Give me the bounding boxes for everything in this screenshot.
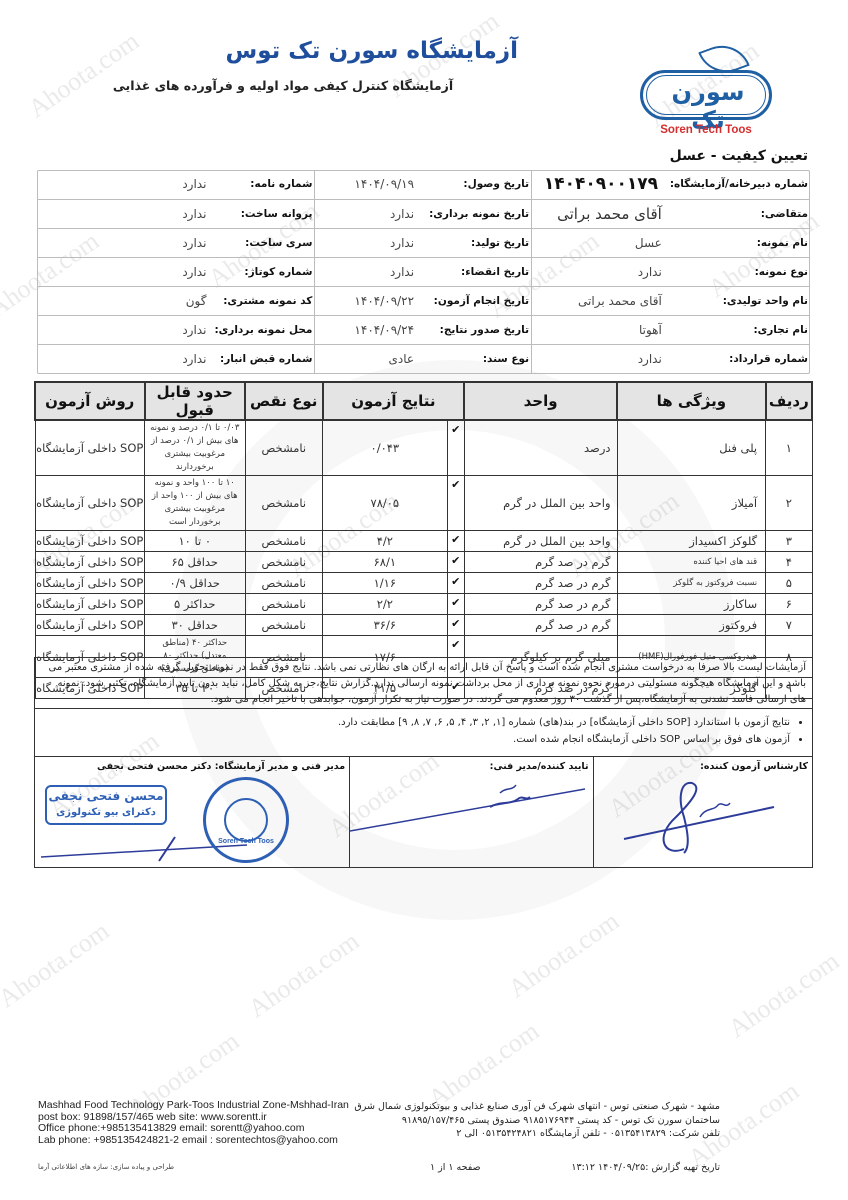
conformity-notes: نتایج آزمون با استاندارد [SOP داخلی آزما… [34,709,813,757]
signature-block: کارشناس آزمون کننده: تایید کننده/مدیر فن… [34,757,813,868]
customer-code-label: کد نمونه مشتری: [214,286,314,315]
watermark-text: Ahoota.com [503,906,625,1004]
stamp-name: محسن فتحی نجفی [47,787,165,805]
acceptable-limit: حداقل ۶۵ [145,552,245,573]
row-number: ۵ [766,573,812,594]
unit: گرم در صد گرم [464,615,617,636]
doc-type-label: نوع سند: [422,344,531,373]
lab-subtitle: آزمایشگاه کنترل کیفی مواد اولیه و فرآورد… [3,78,563,93]
check-icon: ✔ [447,573,464,594]
test-date-label: تاریخ انجام آزمون: [422,286,531,315]
manager-label: مدیر فنی و مدیر آزمایشگاه: دکتر محسن فتح… [97,761,345,772]
expiry-date-label: تاریخ انقضاء: [422,257,531,286]
contract: ندارد [532,344,670,373]
info-row: شماره قرارداد: ندارد نوع سند: عادی شماره… [37,344,810,373]
footer-fa-line: مشهد - شهرک صنعتی توس - انتهای شهرک فن آ… [340,1100,720,1114]
acceptable-limit: حداکثر ۵ [145,594,245,615]
contract-label: شماره قرارداد: [670,344,810,373]
check-icon: ✔ [447,594,464,615]
unit: گرم در صد گرم [464,552,617,573]
watermark-text: Ahoota.com [723,946,845,1044]
unit: گرم در صد گرم [464,573,617,594]
check-icon: ✔ [447,531,464,552]
header-defect: نوع نقص [245,382,323,420]
sample-info-table: شماره دبیرخانه/آزمایشگاه: ۱۴۰۴۰۹۰۰۱۷۹ تا… [37,170,810,373]
header-row-no: ردیف [766,382,812,420]
receipt-date: ۱۴۰۴/۰۹/۱۹ [315,170,422,199]
approver-signature-cell: تایید کننده/مدیر فنی: [349,757,592,867]
footer-persian-address: مشهد - شهرک صنعتی توس - انتهای شهرک فن آ… [340,1100,720,1141]
defect-type: نامشخص [245,573,323,594]
production-date: ندارد [315,228,422,257]
table-row: ۱ پلی فنل درصد ✔ ۰/۰۴۳ نامشخص ۰/۰۳ تا ۰/… [35,420,812,476]
footer-address-line: Mashhad Food Technology Park-Toos Indust… [38,1100,349,1112]
unit: گرم در صد گرم [464,594,617,615]
producer: آقای محمد براتی [532,286,670,315]
logo-caption: Soren Tech Toos [632,124,780,136]
property: آمیلاز [617,476,766,531]
seal-text: Soren Tech Toos [210,838,282,845]
info-row: نام تجاری: آهوتا تاریخ صدور نتایج: ۱۴۰۴/… [37,315,810,344]
result: ۲/۲ [323,594,448,615]
acceptable-limit: حداقل ۰/۹ [145,573,245,594]
footer-fa-line: تلفن شرکت: ۰۵۱۳۵۴۱۳۸۲۹ - تلفن آزمایشگاه … [340,1127,720,1141]
issue-date: ۱۴۰۴/۰۹/۲۴ [315,315,422,344]
table-row: ۴ قند های احیا کننده گرم در صد گرم ✔ ۶۸/… [35,552,812,573]
receipt-date-label: تاریخ وصول: [422,170,531,199]
info-row: نام نمونه: عسل تاریخ تولید: ندارد سری سا… [37,228,810,257]
info-row: متقاضی: آقای محمد براتی تاریخ نمونه بردا… [37,199,810,228]
unit: واحد بین الملل در گرم [464,531,617,552]
seal-leaf-icon [224,798,268,842]
approver-signature-icon [350,779,590,839]
sampling-date-label: تاریخ نمونه برداری: [422,199,531,228]
applicant-label: متقاضی: [670,199,810,228]
test-method: SOP داخلی آزمایشگاه [35,594,145,615]
batch: ندارد [37,228,214,257]
check-icon: ✔ [447,420,464,476]
manager-signature-cell: مدیر فنی و مدیر آزمایشگاه: دکتر محسن فتح… [35,757,349,867]
property: پلی فنل [617,420,766,476]
lab-number: ۱۴۰۴۰۹۰۰۱۷۹ [532,170,670,199]
info-row: شماره دبیرخانه/آزمایشگاه: ۱۴۰۴۰۹۰۰۱۷۹ تا… [37,170,810,199]
table-row: ۵ نسبت فروکتوز به گلوکز گرم در صد گرم ✔ … [35,573,812,594]
watermark-text: Ahoota.com [243,926,365,1024]
table-row: ۷ فروکتوز گرم در صد گرم ✔ ۳۶/۶ نامشخص حد… [35,615,812,636]
sampling-date: ندارد [315,199,422,228]
row-number: ۶ [766,594,812,615]
batch-label: سری ساخت: [214,228,314,257]
acceptable-limit: حداقل ۳۰ [145,615,245,636]
report-date: تاریخ تهیه گزارش :۱۴۰۴/۰۹/۲۵ ۱۳:۱۲ [571,1162,720,1173]
cotage: ندارد [37,257,214,286]
test-method: SOP داخلی آزمایشگاه [35,615,145,636]
property: فروکتوز [617,615,766,636]
test-method: SOP داخلی آزمایشگاه [35,476,145,531]
tester-signature-icon [614,777,804,862]
producer-label: نام واحد تولیدی: [670,286,810,315]
production-date-label: تاریخ تولید: [422,228,531,257]
brand-label: نام تجاری: [670,315,810,344]
result: ۴/۲ [323,531,448,552]
brand: آهوتا [532,315,670,344]
row-number: ۱ [766,420,812,476]
defect-type: نامشخص [245,594,323,615]
footer-english-address: Mashhad Food Technology Park-Toos Indust… [38,1100,349,1146]
check-icon: ✔ [447,476,464,531]
table-row: ۳ گلوکز اکسیداز واحد بین الملل در گرم ✔ … [35,531,812,552]
expiry-date: ندارد [315,257,422,286]
footer-credit: طراحی و پیاده سازی: سازه های اطلاعاتی آر… [38,1163,174,1171]
footer-fa-line: ساختمان سورن تک توس - کد پستی ۹۱۸۵۱۷۶۹۴۴… [340,1114,720,1128]
row-number: ۲ [766,476,812,531]
unit: واحد بین الملل در گرم [464,476,617,531]
info-row: نام واحد تولیدی: آقای محمد براتی تاریخ ا… [37,286,810,315]
test-method: SOP داخلی آزمایشگاه [35,573,145,594]
defect-type: نامشخص [245,552,323,573]
header-property: ویژگی ها [617,382,766,420]
warehouse: ندارد [37,344,214,373]
watermark-text: Ahoota.com [0,916,115,1014]
customer-code: گون [37,286,214,315]
check-icon: ✔ [447,615,464,636]
result: ۶۸/۱ [323,552,448,573]
lab-title: آزمایشگاه سورن تک توس [98,38,518,64]
stamp-title: دکترای بیو تکنولوژی [47,805,165,821]
issue-date-label: تاریخ صدور نتایج: [422,315,531,344]
header-result: نتایج آزمون [323,382,465,420]
sample-name-label: نام نمونه: [670,228,810,257]
lab-seal-stamp: Soren Tech Toos [203,777,289,863]
result: ۳۶/۶ [323,615,448,636]
warehouse-label: شماره قبض انبار: [214,344,314,373]
sample-name: عسل [532,228,670,257]
results-header-row: ردیف ویژگی ها واحد نتایج آزمون نوع نقص ح… [35,382,812,420]
property: ساکارز [617,594,766,615]
footer-office-line: Office phone:+985135413829 email: sorent… [38,1123,349,1135]
sample-type-label: نوع نمونه: [670,257,810,286]
acceptable-limit: ۰ تا ۱۰ [145,531,245,552]
info-row: نوع نمونه: ندارد تاریخ انقضاء: ندارد شما… [37,257,810,286]
test-method: SOP داخلی آزمایشگاه [35,420,145,476]
tester-label: کارشناس آزمون کننده: [700,761,808,772]
unit: درصد [464,420,617,476]
row-number: ۷ [766,615,812,636]
table-row: ۶ ساکارز گرم در صد گرم ✔ ۲/۲ نامشخص حداک… [35,594,812,615]
lab-logo: سورن تک Soren Tech Toos [632,44,780,140]
tester-signature-cell: کارشناس آزمون کننده: [593,757,812,867]
page-number: صفحه ۱ از ۱ [430,1162,481,1173]
test-method: SOP داخلی آزمایشگاه [35,531,145,552]
cotage-label: شماره کوتاژ: [214,257,314,286]
defect-type: نامشخص [245,615,323,636]
name-stamp: محسن فتحی نجفی دکترای بیو تکنولوژی [45,785,167,825]
property: گلوکز اکسیداز [617,531,766,552]
disclaimer-note: آزمایشات لیست بالا صرفا به درخواست مشتری… [34,657,813,709]
row-number: ۳ [766,531,812,552]
document-title: تعیین کیفیت - عسل [670,148,808,164]
doc-type: عادی [315,344,422,373]
test-date: ۱۴۰۴/۰۹/۲۲ [315,286,422,315]
defect-type: نامشخص [245,531,323,552]
result: ۱/۱۶ [323,573,448,594]
letter-no: ندارد [37,170,214,199]
property: نسبت فروکتوز به گلوکز [617,573,766,594]
header-limit: حدود قابل قبول [145,382,245,420]
lab-number-label: شماره دبیرخانه/آزمایشگاه: [670,170,810,199]
applicant: آقای محمد براتی [532,199,670,228]
conformity-statement: نتایج آزمون با استاندارد [SOP داخلی آزما… [57,714,790,731]
sampling-place: ندارد [37,315,214,344]
acceptable-limit: ۰/۰۳ تا ۰/۱ درصد و نمونه های بیش از ۰/۱ … [145,420,245,476]
check-icon: ✔ [447,552,464,573]
license-label: پروانه ساخت: [214,199,314,228]
property: قند های احیا کننده [617,552,766,573]
sampling-place-label: محل نمونه برداری: [214,315,314,344]
header-method: روش آزمون [35,382,145,420]
footer-lab-line: Lab phone: +985135424821-2 email : soren… [38,1135,349,1147]
sample-type: ندارد [532,257,670,286]
acceptable-limit: ۱۰ تا ۱۰۰ واحد و نمونه های بیش از ۱۰۰ وا… [145,476,245,531]
letter-no-label: شماره نامه: [214,170,314,199]
approver-label: تایید کننده/مدیر فنی: [490,761,589,772]
method-statement: آزمون های فوق بر اساس SOP داخلی آزمایشگا… [57,731,790,748]
test-method: SOP داخلی آزمایشگاه [35,552,145,573]
letterhead: آزمایشگاه سورن تک توس آزمایشگاه کنترل کی… [0,30,848,140]
result: ۷۸/۰۵ [323,476,448,531]
results-table: ردیف ویژگی ها واحد نتایج آزمون نوع نقص ح… [34,381,813,699]
table-row: ۲ آمیلاز واحد بین الملل در گرم ✔ ۷۸/۰۵ ن… [35,476,812,531]
license: ندارد [37,199,214,228]
header-unit: واحد [464,382,617,420]
defect-type: نامشخص [245,476,323,531]
result: ۰/۰۴۳ [323,420,448,476]
defect-type: نامشخص [245,420,323,476]
row-number: ۴ [766,552,812,573]
